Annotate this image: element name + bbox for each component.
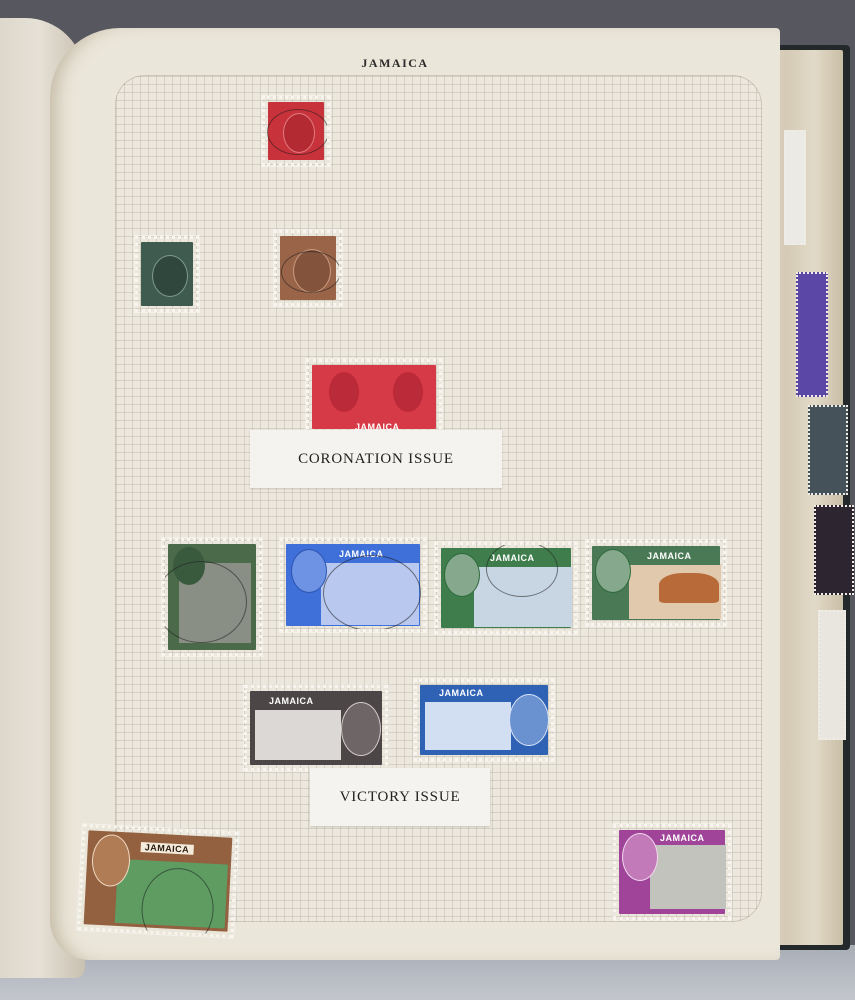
stamp-pictorial-2d[interactable] — [162, 538, 262, 656]
side-stamp — [814, 505, 854, 595]
stamp-kgv-1d[interactable] — [262, 96, 330, 166]
side-stamp — [818, 610, 846, 740]
side-stamp — [796, 272, 828, 397]
stamp-coronation-1d[interactable]: JAMAICA — [306, 359, 442, 435]
stamp-pictorial-6d[interactable]: JAMAICA — [613, 824, 731, 920]
country-heading: JAMAICA — [335, 56, 455, 71]
stamp-kgvi-halfpenny[interactable] — [135, 236, 199, 312]
stamp-pictorial-1s[interactable]: JAMAICA — [77, 824, 238, 938]
stamp-pictorial-3d-blue[interactable]: JAMAICA — [280, 538, 426, 632]
stamp-victory-1half[interactable]: JAMAICA — [244, 685, 388, 771]
stamp-kgvi-1half[interactable] — [274, 230, 342, 306]
section-label-coronation: CORONATION ISSUE — [250, 430, 502, 488]
stamp-pictorial-4d[interactable]: JAMAICA — [586, 540, 726, 626]
stamp-pictorial-3d-green[interactable]: JAMAICA — [435, 542, 577, 634]
side-stamp — [808, 405, 848, 495]
section-label-victory: VICTORY ISSUE — [310, 768, 490, 826]
stamp-victory-3d[interactable]: JAMAICA — [414, 679, 554, 761]
side-stamp — [784, 130, 806, 245]
